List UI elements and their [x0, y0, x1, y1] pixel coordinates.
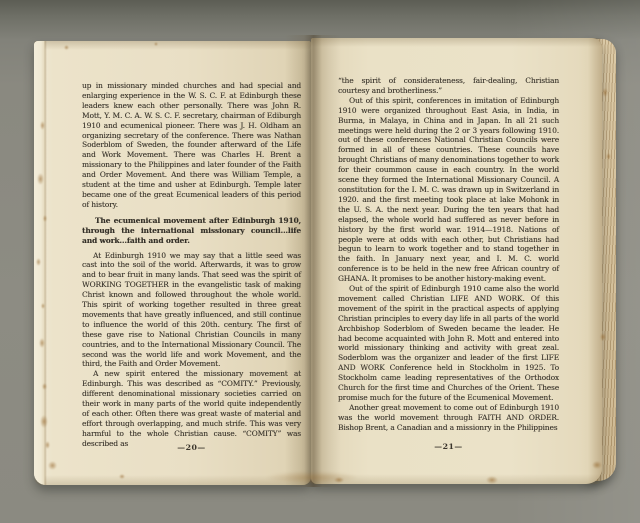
paragraph: “the spirit of considerateness, fair-dea… [338, 76, 559, 96]
right-page-fore-edge-shade [588, 38, 602, 484]
left-page-edge [34, 41, 47, 485]
paragraph: A new spirit entered the missionary move… [82, 369, 301, 448]
paragraph: Another great movement to come out of Ed… [338, 403, 559, 433]
paragraph: Out of the spirit of Edinburgh 1910 came… [338, 284, 559, 403]
paragraph: up in missionary minded churches and had… [82, 81, 301, 210]
section-heading: The ecumenical movement after Edinburgh … [82, 216, 301, 246]
left-page-text: up in missionary minded churches and had… [82, 81, 301, 449]
page-number-left: —20— [82, 443, 301, 452]
open-book: up in missionary minded churches and had… [34, 33, 616, 485]
page-number-right: —21— [338, 442, 559, 451]
paragraph: Out of this spirit, conferences in imita… [338, 96, 559, 284]
photo-background: up in missionary minded churches and had… [0, 0, 640, 523]
right-page-text: “the spirit of considerateness, fair-dea… [338, 76, 559, 433]
paragraph: At Edinburgh 1910 we may say that a litt… [82, 251, 301, 370]
